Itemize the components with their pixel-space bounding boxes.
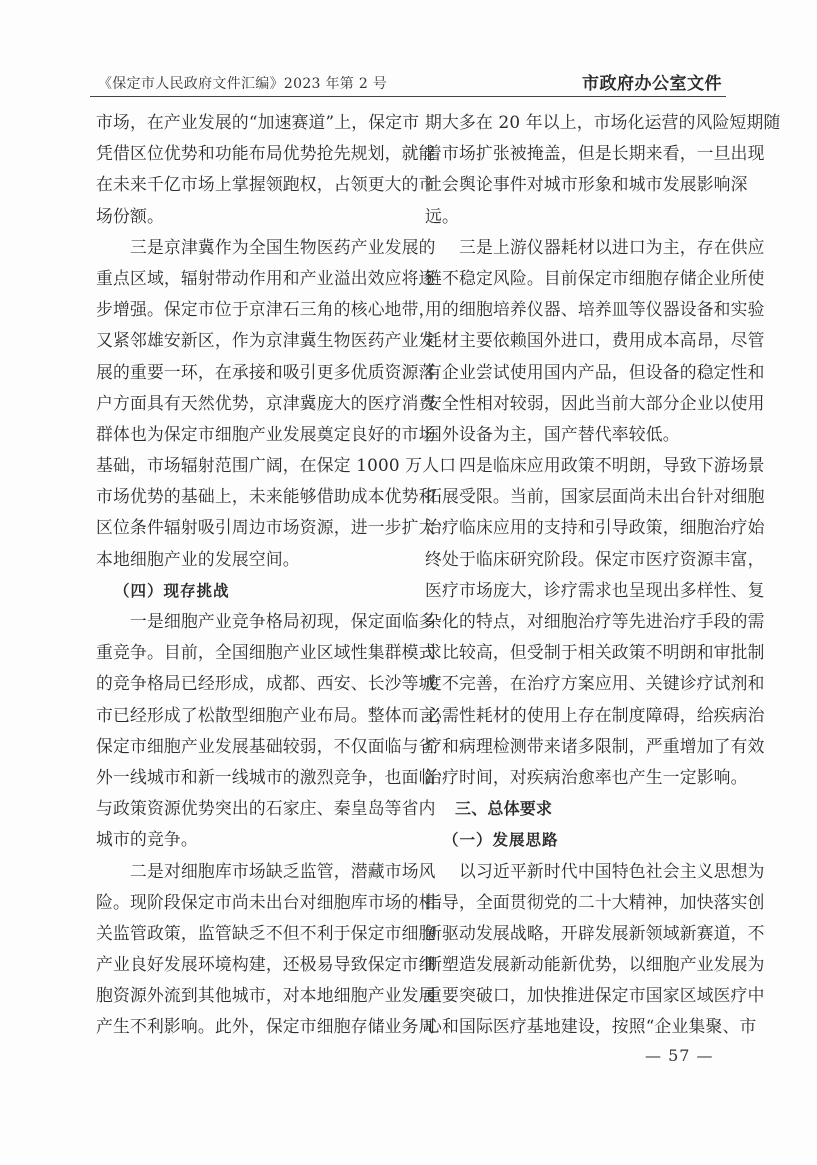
paragraph-start-line: 三是上游仪器耗材以进口为主，存在供应	[425, 232, 725, 263]
paragraph-end-line: 治疗时间，对疾病治愈率也产生一定影响。	[425, 762, 725, 793]
paragraph-start-line: 二是对细胞库市场缺乏监管，潜藏市场风	[96, 856, 396, 887]
text-line: 用的细胞培养仪器、培养皿等仪器设备和实验	[425, 294, 725, 325]
text-line: 断塑造发展新动能新优势，以细胞产业发展为	[425, 949, 725, 980]
text-line: 有企业尝试使用国内产品，但设备的稳定性和	[425, 357, 725, 388]
text-line: 安全性相对较弱，因此当前大部分企业以使用	[425, 388, 725, 419]
text-line: 产生不利影响。此外，保定市细胞存储业务周	[96, 1011, 396, 1042]
text-line: 链不稳定风险。目前保定市细胞存储企业所使	[425, 263, 725, 294]
text-line: 展的重要一环，在承接和吸引更多优质资源落	[96, 357, 396, 388]
text-line: 步增强。保定市位于京津石三角的核心地带，	[96, 294, 396, 325]
text-line: 关监管政策，监管缺乏不但不利于保定市细胞	[96, 918, 396, 949]
text-line: 心和国际医疗基地建设，按照“企业集聚、市	[425, 1011, 725, 1042]
text-line: 终处于临床研究阶段。保定市医疗资源丰富，	[425, 544, 725, 575]
subsection-heading: （一）发展思路	[425, 824, 725, 855]
text-line: 市场优势的基础上，未来能够借助成本优势和	[96, 481, 396, 512]
text-line: 求比较高，但受制于相关政策不明朗和审批制	[425, 637, 725, 668]
publication-title: 《保定市人民政府文件汇编》2023 年第 2 号	[98, 73, 387, 93]
text-line: 基础，市场辐射范围广阔，在保定 1000 万人口	[96, 450, 396, 481]
paragraph-start-line: 以习近平新时代中国特色社会主义思想为	[425, 856, 725, 887]
page-number: — 57 —	[645, 1046, 714, 1065]
paragraph-start-line: 一是细胞产业竞争格局初现，保定面临多	[96, 606, 396, 637]
section-heading: 三、总体要求	[425, 793, 725, 824]
text-line: 又紧邻雄安新区，作为京津冀生物医药产业发	[96, 325, 396, 356]
text-line: 杂化的特点，对细胞治疗等先进治疗手段的需	[425, 606, 725, 637]
text-line: 疗和病理检测带来诸多限制，严重增加了有效	[425, 731, 725, 762]
text-line: 必需性耗材的使用上存在制度障碍，给疾病治	[425, 700, 725, 731]
text-line: 户方面具有天然优势，京津冀庞大的医疗消费	[96, 388, 396, 419]
text-line: 险。现阶段保定市尚未出台对细胞库市场的相	[96, 887, 396, 918]
text-line: 与政策资源优势突出的石家庄、秦皇岛等省内	[96, 793, 396, 824]
text-line: 群体也为保定市细胞产业发展奠定良好的市场	[96, 419, 396, 450]
text-line: 医疗市场庞大，诊疗需求也呈现出多样性、复	[425, 575, 725, 606]
text-line: 拓展受限。当前，国家层面尚未出台针对细胞	[425, 481, 725, 512]
text-line: 重要突破口，加快推进保定市国家区域医疗中	[425, 980, 725, 1011]
text-line: 外一线城市和新一线城市的激烈竞争，也面临	[96, 762, 396, 793]
text-line: 胞资源外流到其他城市，对本地细胞产业发展	[96, 980, 396, 1011]
subsection-heading: （四）现存挑战	[96, 575, 396, 606]
paragraph-end-line: 城市的竞争。	[96, 824, 396, 855]
text-line: 度不完善，在治疗方案应用、关键诊疗试剂和	[425, 668, 725, 699]
text-line: 期大多在 20 年以上，市场化运营的风险短期随	[425, 107, 725, 138]
text-line: 产业良好发展环境构建，还极易导致保定市细	[96, 949, 396, 980]
text-line: 保定市细胞产业发展基础较弱，不仅面临与省	[96, 731, 396, 762]
text-line: 社会舆论事件对城市形象和城市发展影响深	[425, 169, 725, 200]
text-line: 耗材主要依赖国外进口，费用成本高昂，尽管	[425, 325, 725, 356]
page-header: 《保定市人民政府文件汇编》2023 年第 2 号 市政府办公室文件	[90, 68, 726, 97]
right-column: 期大多在 20 年以上，市场化运营的风险短期随着市场扩张被掩盖，但是长期来看，一…	[425, 107, 725, 1043]
text-line: 重点区域，辐射带动作用和产业溢出效应将逐	[96, 263, 396, 294]
text-line: 的竞争格局已经形成，成都、西安、长沙等城	[96, 668, 396, 699]
text-line: 新驱动发展战略，开辟发展新领域新赛道，不	[425, 918, 725, 949]
text-line: 区位条件辐射吸引周边市场资源，进一步扩大	[96, 512, 396, 543]
text-line: 治疗临床应用的支持和引导政策，细胞治疗始	[425, 512, 725, 543]
text-line: 市场，在产业发展的“加速赛道”上，保定市	[96, 107, 396, 138]
paragraph-end-line: 场份额。	[96, 201, 396, 232]
paragraph-end-line: 国外设备为主，国产替代率较低。	[425, 419, 725, 450]
paragraph-start-line: 四是临床应用政策不明朗，导致下游场景	[425, 450, 725, 481]
section-title: 市政府办公室文件	[582, 69, 722, 94]
text-line: 重竞争。目前，全国细胞产业区域性集群模式	[96, 637, 396, 668]
paragraph-start-line: 三是京津冀作为全国生物医药产业发展的	[96, 232, 396, 263]
paragraph-end-line: 本地细胞产业的发展空间。	[96, 544, 396, 575]
text-line: 凭借区位优势和功能布局优势抢先规划，就能	[96, 138, 396, 169]
text-line: 在未来千亿市场上掌握领跑权，占领更大的市	[96, 169, 396, 200]
text-line: 指导，全面贯彻党的二十大精神，加快落实创	[425, 887, 725, 918]
paragraph-end-line: 远。	[425, 201, 725, 232]
text-line: 市已经形成了松散型细胞产业布局。整体而言，	[96, 700, 396, 731]
text-line: 着市场扩张被掩盖，但是长期来看，一旦出现	[425, 138, 725, 169]
left-column: 市场，在产业发展的“加速赛道”上，保定市凭借区位优势和功能布局优势抢先规划，就能…	[96, 107, 396, 1043]
